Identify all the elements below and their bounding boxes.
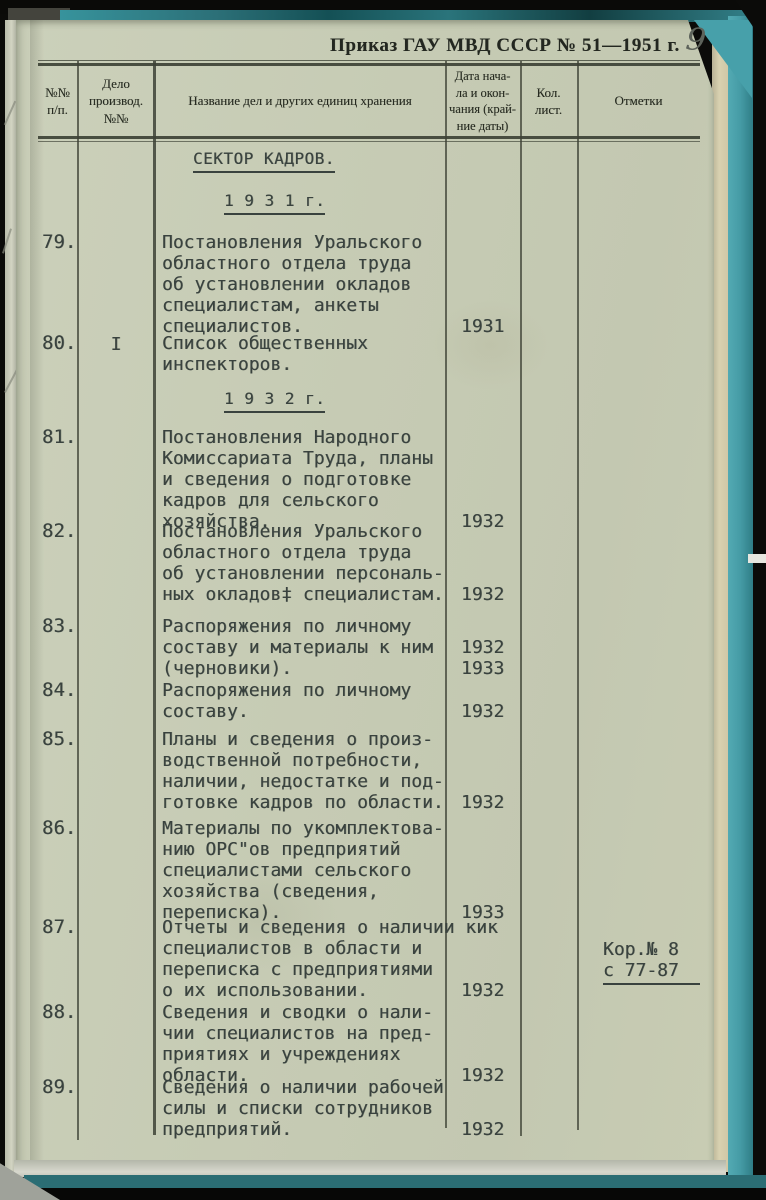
column-header-no: №№ п/п.	[38, 66, 77, 136]
row-number: 84.	[38, 680, 77, 701]
row-delo	[77, 818, 155, 819]
table-row: 80. I Список общественных инспекторов.	[38, 333, 700, 375]
row-dates: 1932 1933	[445, 637, 520, 679]
table-row: 83. Распоряжения по личному составу и ма…	[38, 616, 700, 679]
row-number: 79.	[38, 232, 77, 253]
column-header-marks: Отметки	[577, 66, 700, 136]
row-dates: 1932	[445, 701, 520, 722]
section-heading-department: СЕКТОР КАДРОВ.	[193, 149, 335, 173]
row-delo	[77, 729, 155, 730]
row-title: Планы и сведения о произ- водственной по…	[155, 729, 445, 813]
page-number-handwritten: 9	[684, 21, 708, 59]
column-header-date: Дата нача- ла и окон- чания (край- ние д…	[445, 66, 520, 136]
row-number: 85.	[38, 729, 77, 750]
cover-teal-edge-right	[728, 16, 753, 1186]
white-label-tick	[748, 554, 766, 563]
column-header-delo: Дело производ. №№	[77, 66, 155, 136]
row-dates: 1932	[445, 584, 520, 605]
row-delo	[77, 427, 155, 428]
section-heading-1931: 1 9 3 1 г.	[224, 191, 325, 215]
table-rule-header-bottom	[38, 136, 700, 139]
row-dates: 1932	[445, 1119, 520, 1140]
table-row: 79. Постановления Уральского областного …	[38, 232, 700, 337]
row-marks: Кор.№ 8с 77-87	[577, 939, 700, 985]
row-title: Постановления Уральского областного отде…	[155, 521, 445, 605]
row-number: 87.	[38, 917, 77, 938]
row-delo	[77, 616, 155, 617]
row-title: Список общественных инспекторов.	[155, 333, 445, 375]
row-title: Распоряжения по личному составу и матери…	[155, 616, 445, 679]
table-row: 86. Материалы по укомплектова- нию ОРС"о…	[38, 818, 700, 923]
table-header-row: №№ п/п. Дело производ. №№ Название дел и…	[38, 66, 700, 136]
row-title: Отчеты и сведения о наличии кик специали…	[155, 917, 445, 1001]
row-delo	[77, 1077, 155, 1078]
table-row: 89. Сведения о наличии рабочей силы и сп…	[38, 1077, 700, 1140]
row-delo	[77, 917, 155, 918]
table-row: 88. Сведения и сводки о нали- чии специа…	[38, 1002, 700, 1086]
row-delo	[77, 1002, 155, 1003]
section-heading-1932: 1 9 3 2 г.	[224, 389, 325, 413]
table-rule-header-bottom-thin	[38, 141, 700, 142]
row-dates: 1932	[445, 980, 520, 1001]
row-title: Распоряжения по личному составу.	[155, 680, 445, 722]
archival-scan-page: Приказ ГАУ МВД СССР № 51—1951 г. 9 №№ п/…	[0, 0, 766, 1200]
row-delo	[77, 232, 155, 233]
row-title: Постановления Уральского областного отде…	[155, 232, 445, 337]
row-number: 82.	[38, 521, 77, 542]
table-row: 81. Постановления Народного Комиссариата…	[38, 427, 700, 532]
table-row: 85. Планы и сведения о произ- водственно…	[38, 729, 700, 813]
column-header-name: Название дел и других единиц хранения	[155, 66, 445, 136]
order-header: Приказ ГАУ МВД СССР № 51—1951 г.	[330, 35, 680, 57]
row-number: 80.	[38, 333, 77, 354]
row-number: 81.	[38, 427, 77, 448]
row-title: Материалы по укомплектова- нию ОРС"ов пр…	[155, 818, 445, 923]
left-page-sliver	[5, 20, 17, 1180]
row-title: Сведения о наличии рабочей силы и списки…	[155, 1077, 445, 1140]
row-delo	[77, 521, 155, 522]
table-row: 82. Постановления Уральского областного …	[38, 521, 700, 605]
table-row: 84. Распоряжения по личному составу. 193…	[38, 680, 700, 722]
row-number: 88.	[38, 1002, 77, 1023]
column-header-sheets: Кол. лист.	[520, 66, 577, 136]
table-row: 87. Отчеты и сведения о наличии кик спец…	[38, 917, 700, 1001]
row-dates: 1932	[445, 792, 520, 813]
row-number: 89.	[38, 1077, 77, 1098]
row-number: 86.	[38, 818, 77, 839]
table-rule-top	[38, 60, 700, 61]
scan-bottom-margin	[0, 1188, 766, 1200]
row-title: Постановления Народного Комиссариата Тру…	[155, 427, 445, 532]
row-delo: I	[77, 333, 155, 355]
row-title: Сведения и сводки о нали- чии специалист…	[155, 1002, 445, 1086]
row-delo	[77, 680, 155, 681]
row-number: 83.	[38, 616, 77, 637]
